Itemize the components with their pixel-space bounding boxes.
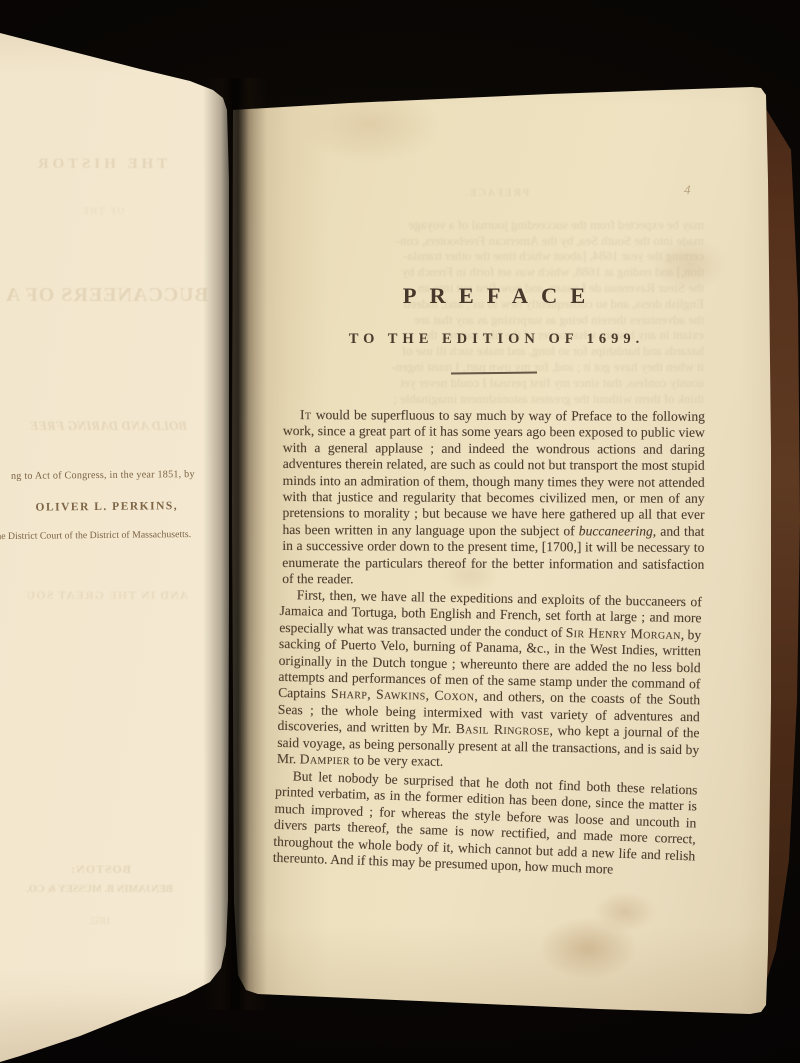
bleed-imprint-publisher: BENJAMIN B. MUSSEY & CO.	[0, 884, 207, 895]
bleedthrough-line: cerning the year 1684, [about which time…	[288, 249, 704, 265]
paragraph: But let nobody be surprised that he doth…	[273, 768, 698, 881]
bleedthrough-line: made into the South Sea, by the American…	[288, 234, 704, 250]
bleed-imprint-year: 1852.	[52, 916, 147, 927]
preface-page-content: PREFACE TO THE EDITION OF 1699. It would…	[283, 283, 705, 866]
bleedthrough-line: may be expected from the succeeding jour…	[288, 218, 704, 234]
page-title: PREFACE	[283, 283, 705, 309]
bleedthrough-running-head: PREFACE.	[288, 186, 704, 202]
preface-body: It would be superfluous to say much by w…	[283, 407, 705, 866]
paragraph: It would be superfluous to say much by w…	[282, 407, 705, 589]
ornamental-rule	[451, 372, 537, 375]
signature-mark: 4	[684, 182, 691, 198]
page-subtitle: TO THE EDITION OF 1699.	[283, 331, 705, 348]
bleed-title-fragment: THE HISTOR	[28, 156, 173, 173]
copyright-line-2: OLIVER L. PERKINS,	[9, 500, 204, 514]
bleedthrough-line: tion,] and ending at 1688, which was set…	[288, 265, 704, 281]
bleed-daring-fragment: BOLD AND DARING FREE	[0, 418, 221, 434]
bleed-southsea-fragment: AND IN THE GREAT SOU	[0, 588, 218, 603]
paragraph: First, then, we have all the expeditions…	[277, 587, 702, 775]
bleed-imprint-city: BOSTON:	[38, 862, 163, 877]
book-photo: THE HISTOR OF THE BUCCANEERS OF A BOLD A…	[0, 0, 800, 1063]
copyright-line-1: ng to Act of Congress, in the year 1851,…	[11, 469, 195, 482]
bleed-buccaneers-fragment: BUCCANEERS OF A	[0, 284, 219, 307]
bleed-ofthe-fragment: OF THE	[55, 206, 150, 216]
copyright-line-3: the District Court of the District of Ma…	[0, 529, 191, 542]
